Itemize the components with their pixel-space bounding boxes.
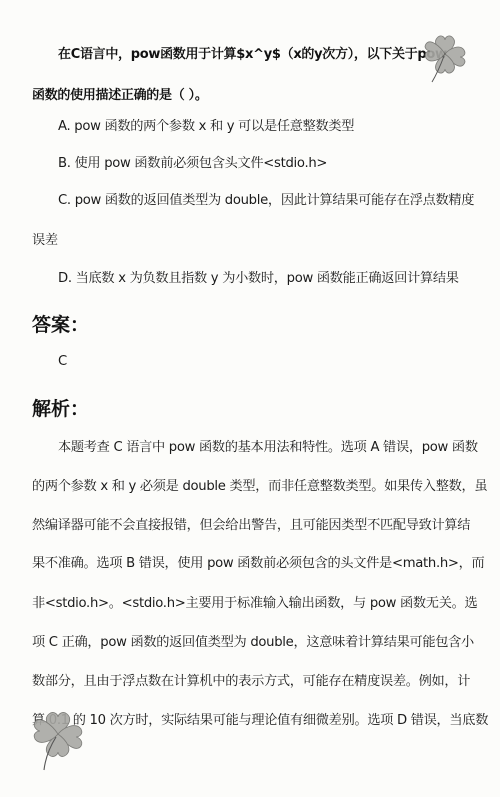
four-leaf-clover-icon [28, 708, 88, 774]
analysis-line: 果不准确。选项 B 错误，使用 pow 函数前必须包含的头文件是<math.h>… [32, 555, 484, 573]
option-b: B. 使用 pow 函数前必须包含头文件<stdio.h> [58, 155, 327, 173]
four-leaf-clover-icon [420, 32, 470, 90]
analysis-line: 的两个参数 x 和 y 必须是 double 类型，而非任意整数类型。如果传入整… [32, 478, 487, 496]
analysis-line: 项 C 正确，pow 函数的返回值类型为 double，这意味着计算结果可能包含… [32, 634, 474, 652]
analysis-line: 然编译器可能不会直接报错，但会给出警告，且可能因类型不匹配导致计算结 [32, 517, 470, 535]
analysis-line: 算 0.1 的 10 次方时，实际结果可能与理论值有细微差别。选项 D 错误，当… [32, 712, 488, 730]
analysis-line: 本题考查 C 语言中 pow 函数的基本用法和特性。选项 A 错误，pow 函数 [58, 439, 478, 457]
answer-value: C [58, 353, 67, 371]
option-d: D. 当底数 x 为负数且指数 y 为小数时，pow 函数能正确返回计算结果 [58, 270, 459, 288]
question-line-1: 在C语言中，pow函数用于计算$x^y$（x的y次方），以下关于pow [58, 46, 447, 64]
analysis-line: 数部分，且由于浮点数在计算机中的表示方式，可能存在精度误差。例如，计 [32, 673, 470, 691]
option-a: A. pow 函数的两个参数 x 和 y 可以是任意整数类型 [58, 118, 354, 136]
answer-heading: 答案： [32, 313, 89, 337]
option-c-line-1: C. pow 函数的返回值类型为 double，因此计算结果可能存在浮点数精度 [58, 192, 474, 210]
question-line-2: 函数的使用描述正确的是（ ）。 [32, 87, 208, 105]
analysis-heading: 解析： [32, 397, 89, 421]
option-c-line-2: 误差 [32, 232, 58, 250]
analysis-line: 非<stdio.h>。<stdio.h>主要用于标准输入输出函数，与 pow 函… [32, 595, 477, 613]
